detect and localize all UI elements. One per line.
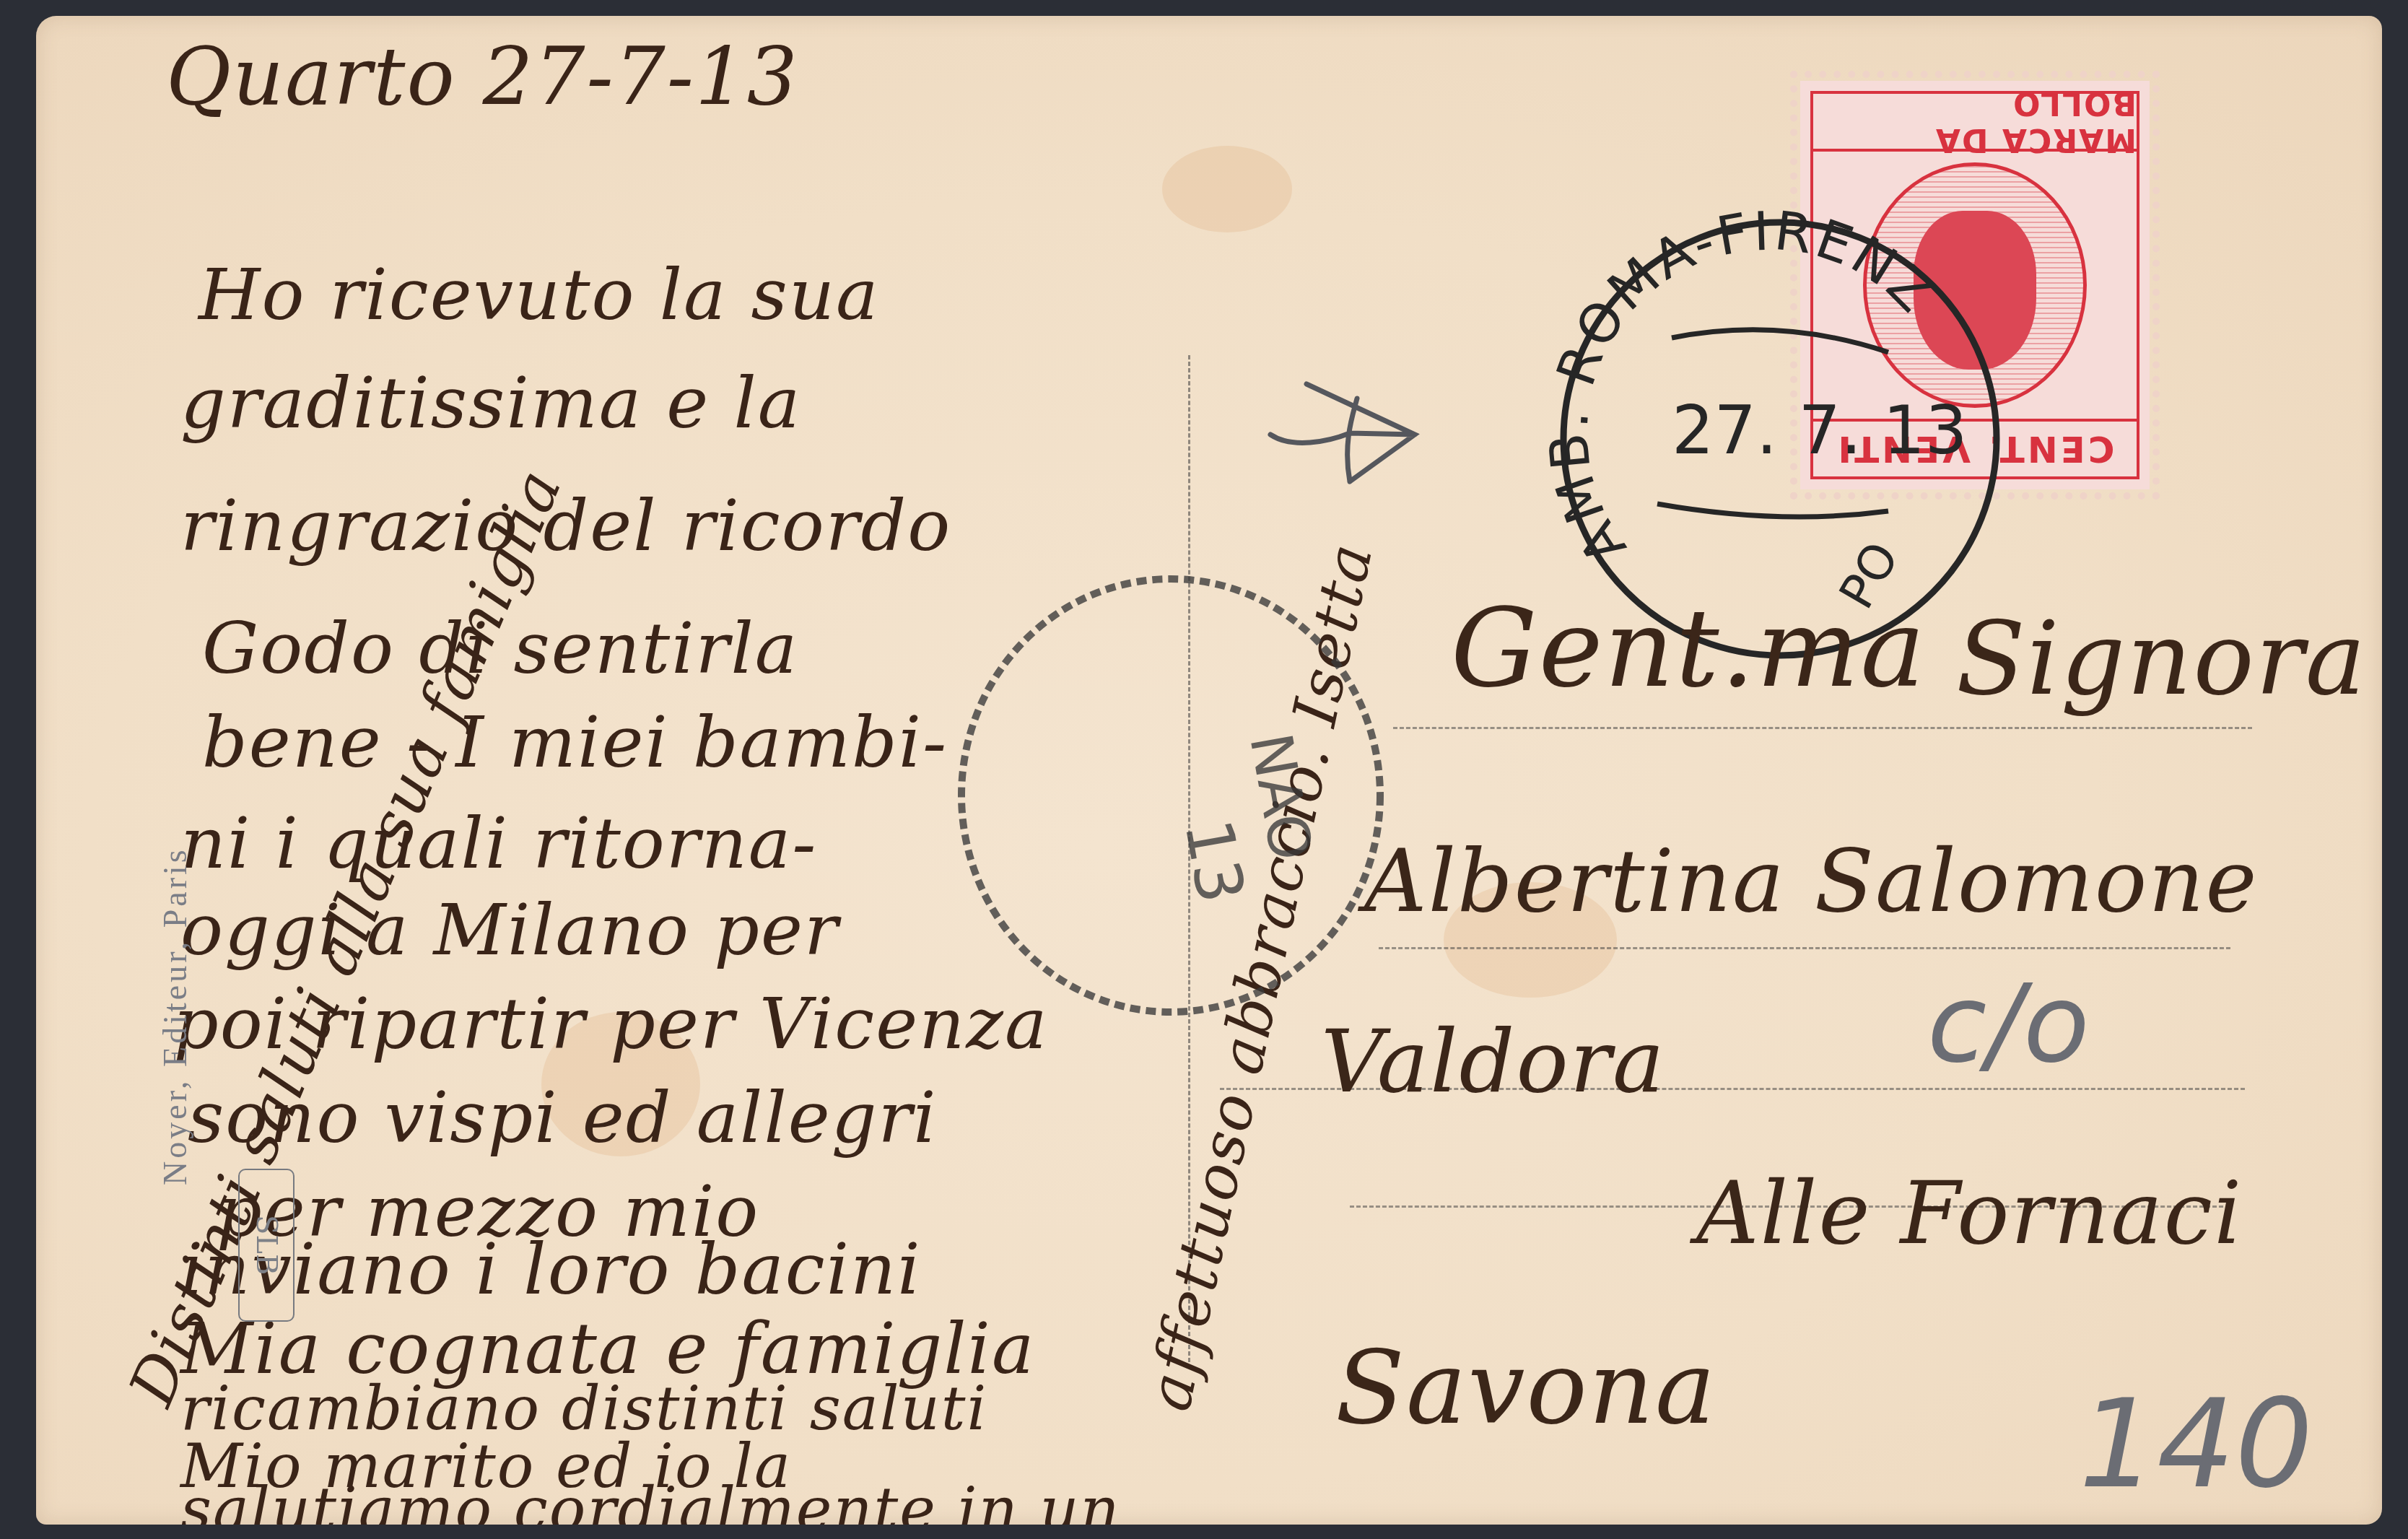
postcard: Quarto 27-7-13 Ho ricevuto la suagraditi… [36,16,2382,1525]
address-city: Savona [1335,1330,1716,1447]
address-locality: Valdora [1321,1012,1666,1112]
address-line [1393,727,2252,729]
address-salutation: Gent.ma [1451,586,1927,712]
pencil-arrow-icon [1263,355,1436,500]
message-line: bene - I miei bambi- [202,702,948,784]
message-line: oggi a Milano per [180,889,839,972]
stamp-country-label: MARCA DA BOLLO [1813,94,2137,152]
svg-text:27. 7. 13: 27. 7. 13 [1672,392,1968,469]
message-line: ni i quali ritorna- [180,803,817,885]
message-heading: Quarto 27-7-13 [166,30,799,123]
logo-monogram: SLB [250,1215,283,1275]
pencil-number: 140 [2079,1373,2313,1516]
message-line: salutiamo cordialmente in un [180,1474,1121,1525]
foxing-stain [1162,146,1292,232]
publisher-imprint: Noyer, Editeur, Paris [156,847,194,1185]
svg-text:13: 13 [1169,814,1258,909]
address-title: Signora [1956,601,2367,718]
address-street: Alle Fornaci [1696,1164,2243,1264]
address-line [1379,947,2230,949]
postmark-arrival: NAO 13 [947,564,1395,1026]
pencil-care-of: c/o [1927,962,2090,1087]
address-name: Albertina Salomone [1364,832,2259,932]
publisher-logo: SLB [238,1169,295,1322]
message-line: Ho ricevuto la sua [199,254,879,336]
message-line: graditissima e la [180,362,801,445]
